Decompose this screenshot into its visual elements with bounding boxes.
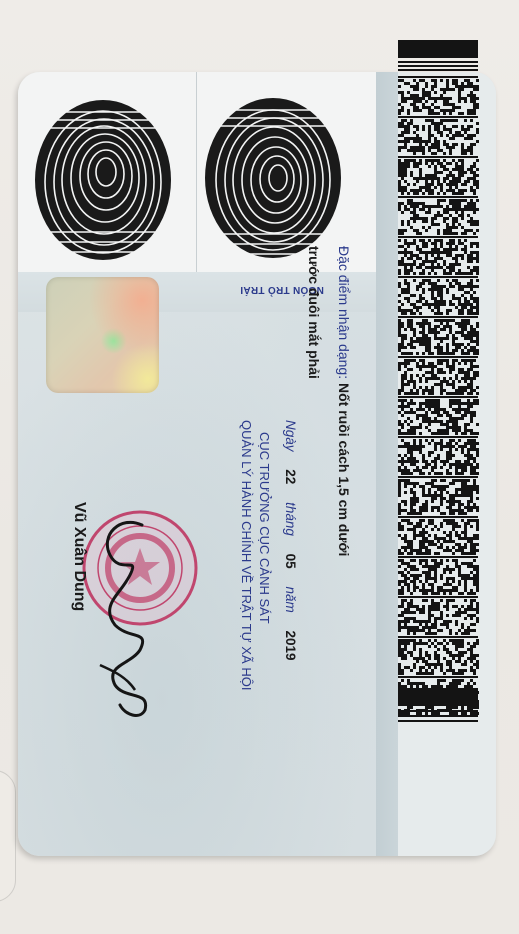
identifying-features-value-line1: Nốt ruồi cách 1,5 cm dưới — [336, 383, 352, 556]
2d-barcode-icon — [398, 40, 480, 730]
day-label: Ngày — [283, 420, 298, 452]
signature-icon — [80, 515, 170, 720]
adjacent-object-edge — [0, 770, 16, 902]
issuer-title-line1: CỤC TRƯỞNG CỤC CẢNH SÁT — [257, 432, 272, 624]
left-index-fingerprint-icon — [200, 82, 350, 262]
security-band — [376, 72, 398, 856]
issue-date: Ngày 22 tháng 05 năm 2019 — [283, 420, 298, 675]
issuer-title-line2: QUẢN LÝ HÀNH CHÍNH VỀ TRẬT TỰ XÃ HỘI — [239, 420, 254, 690]
day-value: 22 — [283, 469, 298, 484]
identifying-features: Đặc điểm nhận dạng: Nốt ruồi cách 1,5 cm… — [336, 246, 352, 556]
year-value: 2019 — [283, 630, 298, 660]
right-index-fingerprint-icon — [26, 82, 176, 262]
month-value: 05 — [283, 554, 298, 569]
hologram-seal-icon — [46, 277, 159, 393]
identifying-features-value-line2: trước đuôi mắt phải — [306, 246, 322, 379]
month-label: tháng — [283, 502, 298, 536]
fingerprint-panel: NGÓN TRỎ PHẢI NGÓN TRỎ TRÁI — [18, 72, 376, 312]
identifying-features-label: Đặc điểm nhận dạng: — [336, 246, 352, 379]
year-label: năm — [283, 586, 298, 612]
